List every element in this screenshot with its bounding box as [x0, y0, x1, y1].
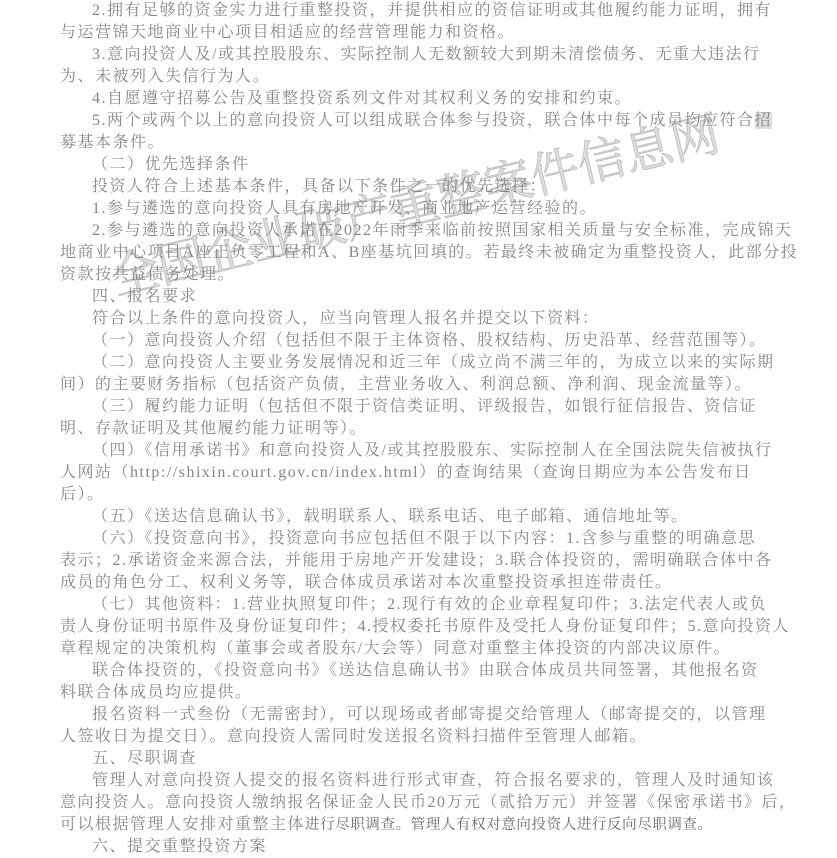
- text-line: 可以根据管理人安排对重整主体进行尽职调查。管理人有权对意向投资人进行反向尽职调查…: [60, 814, 790, 836]
- text-line: 募基本条件。: [60, 132, 790, 154]
- document-body: 2.拥有足够的资金实力进行重整投资，并提供相应的资信证明或其他履约能力证明，拥有…: [60, 0, 790, 858]
- text-run: 5.两个或两个以上的意向投资人可以组成联合体参与投资，联合体中每个成员均应符合: [92, 112, 755, 129]
- text-run: 明、存款证明及其他履约能力证明等）。: [60, 420, 367, 437]
- text-line: 料联合体成员均应提供。: [60, 682, 790, 704]
- text-line: 明、存款证明及其他履约能力证明等）。: [60, 418, 790, 440]
- text-line: （一）意向投资人介绍（包括但不限于主体资格、股权结构、历史沿革、经营范围等）。: [60, 330, 790, 352]
- text-run: 意向投资人。意向投资人缴纳报名保证金人民币20万元（贰拾万元）并签署《保密承诺书…: [60, 794, 797, 811]
- text-run: （六）《投资意向书》，投资意向书应包括但不限于以下内容：1.含参与重整的明确意思: [92, 530, 756, 547]
- text-line: 资款按共益债务处理。: [60, 264, 790, 286]
- text-run: （三）履约能力证明（包括但不限于资信类证明、评级报告，如银行征信报告、资信证: [92, 398, 757, 415]
- text-run: 六、提交重整投资方案: [92, 838, 267, 855]
- text-line: （七）其他资料：1.营业执照复印件；2.现行有效的企业章程复印件；3.法定代表人…: [60, 594, 790, 616]
- text-line: （六）《投资意向书》，投资意向书应包括但不限于以下内容：1.含参与重整的明确意思: [60, 528, 790, 550]
- text-run: 报名资料一式叁份（无需密封），可以现场或者邮寄提交给管理人（邮寄提交的，以管理: [92, 706, 767, 723]
- text-line: 4.自愿遵守招募公告及重整投资系列文件对其权利义务的安排和约束。: [60, 88, 790, 110]
- text-line: 后）。: [60, 484, 790, 506]
- text-line: 五、尽职调查: [60, 748, 790, 770]
- text-line: （二）优先选择条件: [60, 154, 790, 176]
- text-run: （二）意向投资人主要业务发展情况和近三年（成立尚不满三年的，为成立以来的实际期: [92, 354, 775, 371]
- text-line: 人签收日为提交日）。意向投资人需同时发送报名资料扫描件至管理人邮箱。: [60, 726, 790, 748]
- text-line: 报名资料一式叁份（无需密封），可以现场或者邮寄提交给管理人（邮寄提交的，以管理: [60, 704, 790, 726]
- text-run: 资款按共益债务处理。: [60, 266, 235, 283]
- text-line: 2.参与遴选的意向投资人承诺在2022年雨季来临前按照国家相关质量与安全标准，完…: [60, 220, 790, 242]
- text-line: 地商业中心项目A座正负零工程和A、B座基坑回填的。若最终未被确定为重整投资人，此…: [60, 242, 790, 264]
- text-line: 与运营锦天地商业中心项目相适应的经营管理能力和资格。: [60, 22, 790, 44]
- text-line: 六、提交重整投资方案: [60, 836, 790, 858]
- text-run: 章程规定的决策机构（董事会或者股东/大会等）同意对重整主体投资的内部决议原件。: [60, 640, 731, 657]
- text-run: （一）意向投资人介绍（包括但不限于主体资格、股权结构、历史沿革、经营范围等）。: [92, 332, 767, 349]
- text-line: （三）履约能力证明（包括但不限于资信类证明、评级报告，如银行征信报告、资信证: [60, 396, 790, 418]
- text-run: 1.参与遴选的意向投资人具有房地产开发、商业地产运营经验的。: [92, 200, 597, 217]
- text-line: 投资人符合上述基本条件，具备以下条件之一的优先选择：: [60, 176, 790, 198]
- text-run: 表示；2.承诺资金来源合法，并能用于房地产开发建设；3.联合体投资的，需明确联合…: [60, 552, 773, 569]
- text-line: 1.参与遴选的意向投资人具有房地产开发、商业地产运营经验的。: [60, 198, 790, 220]
- text-run: 管理人对意向投资人提交的报名资料进行形式审查，符合报名要求的，管理人及时通知该: [92, 772, 775, 789]
- text-line: 间）的主要财务指标（包括资产负债，主营业务收入、利润总额、净利润、现金流量等）。: [60, 374, 790, 396]
- text-run: 4.自愿遵守招募公告及重整投资系列文件对其权利义务的安排和约束。: [92, 90, 632, 107]
- text-line: 联合体投资的，《投资意向书》《送达信息确认书》由联合体成员共同签署，其他报名资: [60, 660, 790, 682]
- text-run: 人签收日为提交日）。意向投资人需同时发送报名资料扫描件至管理人邮箱。: [60, 728, 647, 745]
- document-page: 全国企业破产重整案件信息网 2.拥有足够的资金实力进行重整投资，并提供相应的资信…: [0, 0, 837, 858]
- text-run: 地商业中心项目A座正负零工程和A、B座基坑回填的。若最终未被确定为重整投资人，此…: [60, 244, 798, 261]
- text-run: 符合以上条件的意向投资人，应当向管理人报名并提交以下资料：: [92, 310, 600, 327]
- text-line: 5.两个或两个以上的意向投资人可以组成联合体参与投资，联合体中每个成员均应符合招: [60, 110, 790, 132]
- text-run: 可以根据管理人安排对重整主体: [60, 816, 305, 833]
- text-run: 间）的主要财务指标（包括资产负债，主营业务收入、利润总额、净利润、现金流量等）。: [60, 376, 752, 393]
- text-line: 2.拥有足够的资金实力进行重整投资，并提供相应的资信证明或其他履约能力证明，拥有: [60, 0, 790, 22]
- text-run: 后）。: [60, 486, 105, 503]
- text-run: 四、报名要求: [92, 288, 197, 305]
- text-line: （二）意向投资人主要业务发展情况和近三年（成立尚不满三年的，为成立以来的实际期: [60, 352, 790, 374]
- text-run: 料联合体成员均应提供。: [60, 684, 253, 701]
- text-run: （五）《送达信息确认书》，载明联系人、联系电话、电子邮箱、通信地址等。: [92, 508, 689, 525]
- text-line: 3.意向投资人及/或其控股股东、实际控制人无数额较大到期未清偿债务、无重大违法行: [60, 44, 790, 66]
- text-run: 人网站（http://shixin.court.gov.cn/index.htm…: [60, 464, 752, 481]
- text-run: 为、未被列入失信行为人。: [60, 68, 270, 85]
- text-line: 人网站（http://shixin.court.gov.cn/index.htm…: [60, 462, 790, 484]
- text-line: 四、报名要求: [60, 286, 790, 308]
- text-run: 招: [755, 112, 773, 129]
- text-line: 章程规定的决策机构（董事会或者股东/大会等）同意对重整主体投资的内部决议原件。: [60, 638, 790, 660]
- text-run: 2.参与遴选的意向投资人承诺在2022年雨季来临前按照国家相关质量与安全标准，完…: [92, 222, 793, 239]
- text-line: （五）《送达信息确认书》，载明联系人、联系电话、电子邮箱、通信地址等。: [60, 506, 790, 528]
- text-line: 表示；2.承诺资金来源合法，并能用于房地产开发建设；3.联合体投资的，需明确联合…: [60, 550, 790, 572]
- text-run: 3.意向投资人及/或其控股股东、实际控制人无数额较大到期未清偿债务、无重大违法行: [92, 46, 760, 63]
- text-run: 联合体投资的，《投资意向书》《送达信息确认书》由联合体成员共同签署，其他报名资: [92, 662, 759, 679]
- text-line: 符合以上条件的意向投资人，应当向管理人报名并提交以下资料：: [60, 308, 790, 330]
- text-line: （四）《信用承诺书》和意向投资人及/或其控股股东、实际控制人在全国法院失信被执行: [60, 440, 790, 462]
- text-run: 与运营锦天地商业中心项目相适应的经营管理能力和资格。: [60, 24, 515, 41]
- text-line: 为、未被列入失信行为人。: [60, 66, 790, 88]
- text-run: 募基本条件。: [60, 134, 165, 151]
- text-run: 进行尽职调查。管理人有权对意向投资人进行反向尽职调查。: [305, 817, 713, 833]
- text-run: （四）《信用承诺书》和意向投资人及/或其控股股东、实际控制人在全国法院失信被执行: [92, 442, 772, 459]
- text-run: 五、尽职调查: [92, 750, 197, 767]
- text-line: 成员的角色分工、权利义务等，联合体成员承诺对本次重整投资承担连带责任。: [60, 572, 790, 594]
- text-run: （七）其他资料：1.营业执照复印件；2.现行有效的企业章程复印件；3.法定代表人…: [92, 596, 767, 613]
- text-run: 责人身份证明书原件及身份证复印件；4.授权委托书原件及受托人身份证复印件；5.意…: [60, 618, 790, 635]
- text-line: 责人身份证明书原件及身份证复印件；4.授权委托书原件及受托人身份证复印件；5.意…: [60, 616, 790, 638]
- text-run: 2.拥有足够的资金实力进行重整投资，并提供相应的资信证明或其他履约能力证明，拥有: [92, 2, 772, 19]
- text-run: 成员的角色分工、权利义务等，联合体成员承诺对本次重整投资承担连带责任。: [60, 574, 673, 591]
- text-line: 意向投资人。意向投资人缴纳报名保证金人民币20万元（贰拾万元）并签署《保密承诺书…: [60, 792, 790, 814]
- text-run: （二）优先选择条件: [92, 156, 250, 173]
- text-run: 投资人符合上述基本条件，具备以下条件之一的优先选择：: [92, 178, 547, 195]
- text-line: 管理人对意向投资人提交的报名资料进行形式审查，符合报名要求的，管理人及时通知该: [60, 770, 790, 792]
